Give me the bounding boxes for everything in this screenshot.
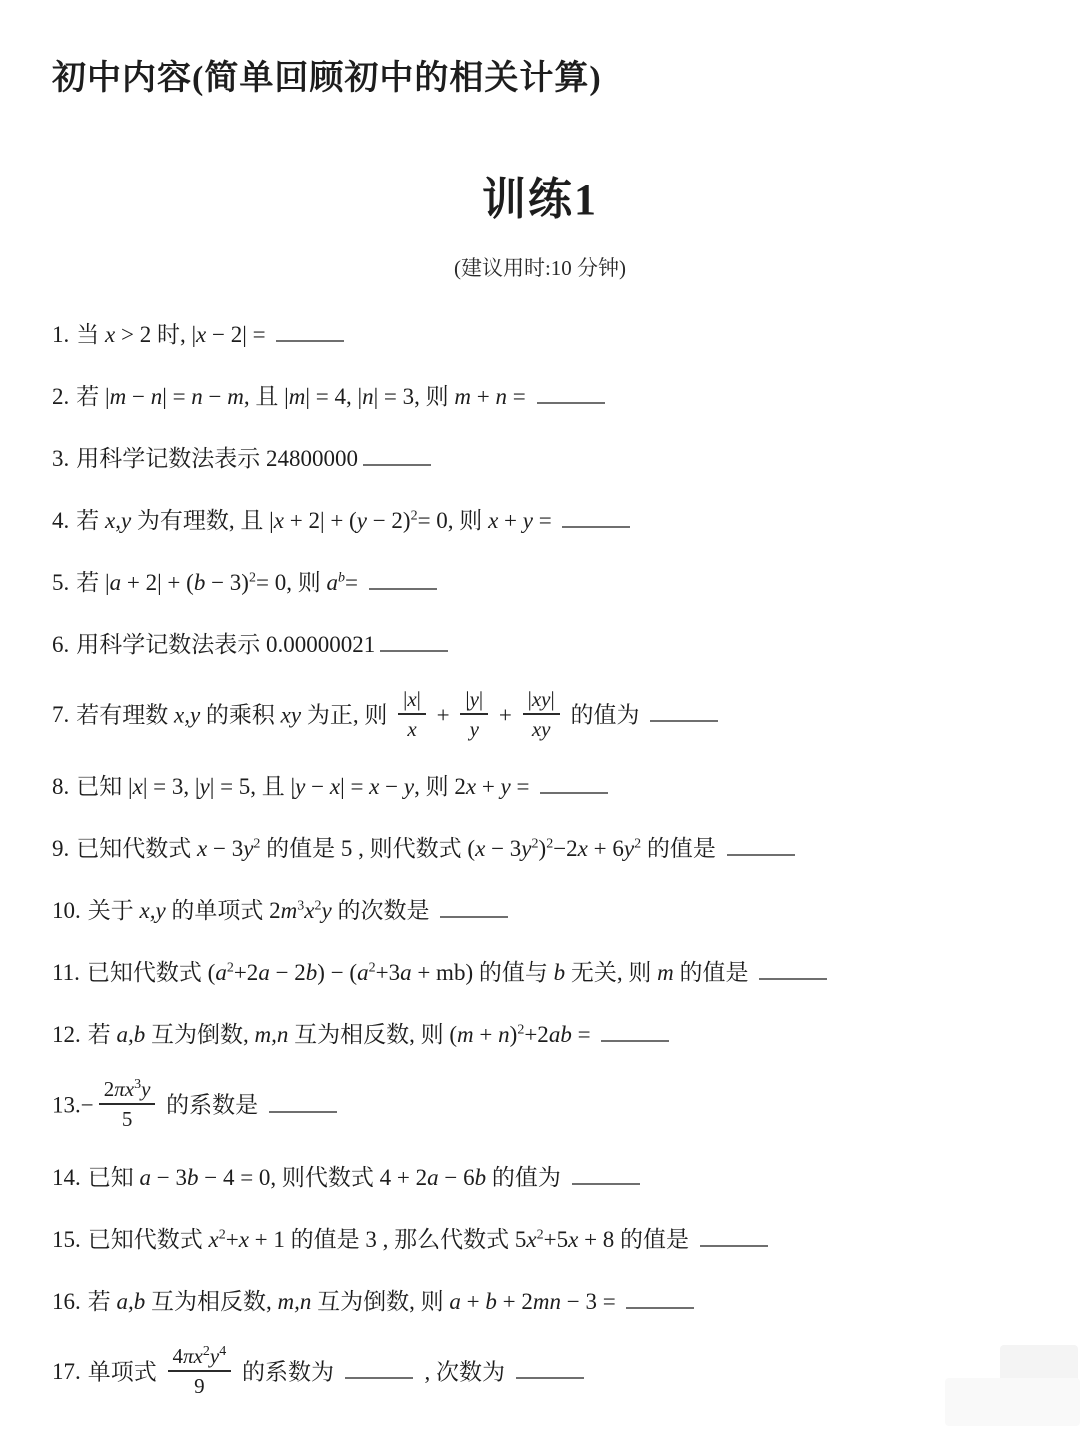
fraction-numerator: |x| [398, 687, 426, 715]
answer-blank [626, 1292, 694, 1309]
answer-blank [537, 387, 605, 404]
math-text: − [126, 384, 150, 409]
math-text: + [474, 1022, 498, 1047]
math-var: x [568, 1227, 578, 1252]
math-text: − [81, 1093, 94, 1118]
question-row: 15.已知代数式 x2+x + 1 的值是 3 , 那么代数式 5x2+5x +… [52, 1223, 1070, 1256]
math-text: − 2 [270, 960, 306, 985]
math-text: 若 [88, 1022, 117, 1047]
math-text: 当 [76, 322, 105, 347]
math-text: +3 [376, 960, 400, 985]
math-var: x [274, 508, 284, 533]
question-number: 8. [52, 774, 69, 799]
fraction-denominator: x [407, 715, 416, 741]
fraction-numerator: |xy| [523, 687, 560, 715]
fraction-denominator: 9 [194, 1372, 205, 1398]
question-number: 10. [52, 898, 81, 923]
question-row: 11.已知代数式 (a2+2a − 2b) − (a2+3a + mb) 的值与… [52, 956, 1070, 989]
math-text: − 3 = [561, 1289, 621, 1314]
math-text: 若 | [76, 570, 109, 595]
math-var: y [295, 774, 305, 799]
superscript: 2 [315, 899, 322, 914]
math-text: 用科学记数法表示 24800000 [76, 446, 358, 471]
question-row: 9.已知代数式 x − 3y2 的值是 5 , 则代数式 (x − 3y2)2−… [52, 832, 1070, 865]
math-var: y [523, 508, 533, 533]
math-text: | [417, 687, 421, 711]
math-var: m [227, 384, 244, 409]
fraction-denominator: 5 [122, 1105, 133, 1131]
question-row: 13.−2πx3y5 的系数是 [52, 1080, 1070, 1134]
math-text: > 2 时, | [115, 322, 196, 347]
time-suggestion: (建议用时:10 分钟) [0, 252, 1080, 282]
math-var: x [239, 1227, 249, 1252]
math-text: 的乘积 [200, 702, 281, 727]
fraction: 2πx3y5 [99, 1077, 156, 1131]
math-text: + 6 [588, 836, 624, 861]
math-text: 已知代数式 [88, 1227, 209, 1252]
math-text: − [379, 774, 403, 799]
math-var: y [141, 1077, 150, 1101]
math-text: − [305, 774, 329, 799]
math-var: a [326, 570, 338, 595]
math-text: , 次数为 [419, 1359, 511, 1384]
math-text: = [511, 774, 535, 799]
question-number: 1. [52, 322, 69, 347]
superscript: 2 [537, 1227, 544, 1242]
math-var: a [357, 960, 369, 985]
math-var: x [578, 836, 588, 861]
math-var: y [210, 1344, 219, 1368]
math-text: 的值为 [486, 1165, 567, 1190]
math-text: 单项式 [88, 1359, 163, 1384]
math-text: + [226, 1227, 239, 1252]
math-var: x [369, 774, 379, 799]
math-text: 已知代数式 [76, 836, 197, 861]
math-text: | = 3, 则 [374, 384, 455, 409]
math-text: − 4 = 0, 则代数式 4 + 2 [198, 1165, 427, 1190]
math-text: + [493, 702, 517, 727]
math-var: x [526, 1227, 536, 1252]
question-number: 17. [52, 1359, 81, 1384]
math-var: ab [549, 1022, 572, 1047]
math-var: xy [532, 687, 551, 711]
question-row: 4.若 x,y 为有理数, 且 |x + 2| + (y − 2)2= 0, 则… [52, 504, 1070, 537]
superscript: 2 [532, 837, 539, 852]
math-text: 4 [173, 1344, 184, 1368]
math-var: x [196, 322, 206, 347]
superscript: 2 [369, 961, 376, 976]
fraction-numerator: 2πx3y [99, 1077, 156, 1105]
math-text: 9 [194, 1374, 205, 1398]
math-text: 的系数是 [160, 1093, 264, 1118]
answer-blank [759, 963, 827, 980]
math-text: 为有理数, 且 | [131, 508, 274, 533]
math-text: 已知代数式 ( [87, 960, 215, 985]
math-var: x [209, 1227, 219, 1252]
math-var: x [133, 774, 143, 799]
question-number: 16. [52, 1289, 81, 1314]
math-var: y [624, 836, 634, 861]
math-var: mn [533, 1289, 561, 1314]
answer-blank [345, 1362, 413, 1379]
fraction: 4πx2y49 [168, 1344, 232, 1398]
math-text: 若有理数 [76, 702, 174, 727]
math-var: a [140, 1165, 152, 1190]
math-text: 互为倒数, [145, 1022, 254, 1047]
math-var: b [187, 1165, 199, 1190]
math-var: x [105, 322, 115, 347]
math-text: | = 3, | [143, 774, 200, 799]
math-var: n [151, 384, 163, 409]
answer-blank [601, 1025, 669, 1042]
math-text: 的值是 [641, 836, 722, 861]
math-text: 的单项式 2 [166, 898, 281, 923]
math-text: 的值为 [565, 702, 646, 727]
answer-blank [516, 1362, 584, 1379]
fraction: |x|x [398, 687, 426, 741]
superscript: 2 [249, 570, 256, 585]
math-var: x,y [140, 898, 166, 923]
math-text: + [498, 508, 522, 533]
math-text: + mb) 的值与 [412, 960, 554, 985]
question-number: 6. [52, 632, 69, 657]
math-var: a [258, 960, 270, 985]
math-text: 的系数为 [236, 1359, 340, 1384]
math-text: = 0, 则 [418, 508, 488, 533]
math-var: y [322, 898, 332, 923]
math-var: x,y [105, 508, 131, 533]
fraction-numerator: |y| [460, 687, 488, 715]
superscript: 2 [203, 1344, 210, 1359]
math-text: 互为相反数, 则 ( [288, 1022, 457, 1047]
math-text: 若 [88, 1289, 117, 1314]
math-var: n [191, 384, 203, 409]
math-var: b [485, 1289, 497, 1314]
math-var: x [407, 717, 416, 741]
question-row: 10.关于 x,y 的单项式 2m3x2y 的次数是 [52, 894, 1070, 927]
question-row: 14.已知 a − 3b − 4 = 0, 则代数式 4 + 2a − 6b 的… [52, 1161, 1070, 1194]
question-row: 7.若有理数 x,y 的乘积 xy 为正, 则 |x|x + |y|y + |x… [52, 690, 1070, 744]
math-text: = [345, 570, 364, 595]
math-var: π [183, 1344, 194, 1368]
answer-blank [369, 573, 437, 590]
fraction-numerator: 4πx2y4 [168, 1344, 232, 1372]
math-text: 已知 [88, 1165, 140, 1190]
math-var: y [501, 774, 511, 799]
math-var: x [330, 774, 340, 799]
question-list: 1.当 x > 2 时, |x − 2| = 2.若 |m − n| = n −… [52, 318, 1070, 1427]
math-var: b [475, 1165, 487, 1190]
answer-blank [562, 511, 630, 528]
answer-blank [540, 777, 608, 794]
section-title: 训练1 [0, 163, 1080, 227]
fraction-denominator: xy [532, 715, 551, 741]
question-row: 12.若 a,b 互为倒数, m,n 互为相反数, 则 (m + n)2+2ab… [52, 1018, 1070, 1051]
superscript: 2 [411, 508, 418, 523]
math-text: − 3 [485, 836, 521, 861]
math-var: m [657, 960, 674, 985]
math-var: m,n [278, 1289, 312, 1314]
math-text: − 2) [367, 508, 411, 533]
math-var: a [215, 960, 227, 985]
math-var: m [454, 384, 471, 409]
math-text: 若 [76, 508, 105, 533]
math-var: a,b [117, 1022, 146, 1047]
question-row: 5.若 |a + 2| + (b − 3)2= 0, 则 ab= [52, 566, 1070, 599]
math-var: π [114, 1077, 125, 1101]
math-text: + [431, 702, 455, 727]
fraction: |y|y [460, 687, 488, 741]
math-var: m [457, 1022, 474, 1047]
question-number: 13. [52, 1093, 81, 1118]
math-text: | [479, 687, 483, 711]
math-var: y [470, 687, 479, 711]
math-var: m [289, 384, 306, 409]
math-text: − 2| = [206, 322, 271, 347]
math-text: 互为相反数, [145, 1289, 277, 1314]
question-number: 15. [52, 1227, 81, 1252]
math-text: + 2 [497, 1289, 533, 1314]
answer-blank [363, 449, 431, 466]
math-text: = [533, 508, 557, 533]
math-text: − 6 [439, 1165, 475, 1190]
math-var: x [197, 836, 207, 861]
math-text: 2 [104, 1077, 115, 1101]
math-var: n [498, 1022, 510, 1047]
question-number: 12. [52, 1022, 81, 1047]
question-number: 11. [52, 960, 80, 985]
math-text: +2 [524, 1022, 548, 1047]
math-text: 若 | [76, 384, 109, 409]
question-row: 2.若 |m − n| = n − m, 且 |m| = 4, |n| = 3,… [52, 380, 1070, 413]
answer-blank [269, 1096, 337, 1113]
superscript: 2 [227, 961, 234, 976]
math-var: m [110, 384, 127, 409]
math-text: +2 [234, 960, 258, 985]
answer-blank [572, 1168, 640, 1185]
question-number: 9. [52, 836, 69, 861]
math-var: a [110, 570, 122, 595]
page-heading: 初中内容(简单回顾初中的相关计算) [52, 50, 602, 99]
math-text: 5 [122, 1107, 133, 1131]
math-text: 用科学记数法表示 0.00000021 [76, 632, 375, 657]
math-text: + 8 的值是 [578, 1227, 694, 1252]
math-text: − [203, 384, 227, 409]
question-number: 14. [52, 1165, 81, 1190]
math-var: x [194, 1344, 203, 1368]
math-text: + 2| + ( [284, 508, 357, 533]
math-var: a [449, 1289, 461, 1314]
question-number: 4. [52, 508, 69, 533]
math-var: y [470, 717, 479, 741]
math-var: y [200, 774, 210, 799]
math-text: , 且 | [244, 384, 289, 409]
math-text: 的值是 5 , 则代数式 ( [260, 836, 475, 861]
math-var: a [427, 1165, 439, 1190]
math-var: y [357, 508, 367, 533]
math-var: y [404, 774, 414, 799]
math-text: − 3) [205, 570, 249, 595]
math-text: 互为倒数, 则 [311, 1289, 449, 1314]
math-var: m [281, 898, 298, 923]
math-text: + [461, 1289, 485, 1314]
math-text: +5 [544, 1227, 568, 1252]
question-number: 3. [52, 446, 69, 471]
math-text: 为正, 则 [301, 702, 393, 727]
math-var: b [554, 960, 566, 985]
math-text: = 0, 则 [256, 570, 326, 595]
math-var: y [243, 836, 253, 861]
fraction: |xy|xy [523, 687, 560, 741]
answer-blank [276, 325, 344, 342]
math-var: x [304, 898, 314, 923]
math-text: | = 5, 且 | [210, 774, 295, 799]
question-number: 2. [52, 384, 69, 409]
math-var: b [306, 960, 318, 985]
math-text: 的值是 [674, 960, 755, 985]
question-number: 5. [52, 570, 69, 595]
math-text: | = [340, 774, 369, 799]
math-text: , 则 2 [414, 774, 466, 799]
question-row: 1.当 x > 2 时, |x − 2| = [52, 318, 1070, 351]
question-number: 7. [52, 702, 69, 727]
math-var: x [466, 774, 476, 799]
math-text: | = [162, 384, 191, 409]
math-text: 已知 | [76, 774, 132, 799]
answer-blank [380, 635, 448, 652]
math-text: | = 4, | [305, 384, 362, 409]
math-text: | [550, 687, 554, 711]
fraction-denominator: y [470, 715, 479, 741]
worksheet-page: 初中内容(简单回顾初中的相关计算) 训练1 (建议用时:10 分钟) 1.当 x… [0, 0, 1080, 1440]
question-row: 6.用科学记数法表示 0.00000021 [52, 628, 1070, 661]
answer-blank [700, 1230, 768, 1247]
math-var: y [521, 836, 531, 861]
math-var: a,b [117, 1289, 146, 1314]
math-var: b [194, 570, 206, 595]
math-text: + 1 的值是 3 , 那么代数式 5 [249, 1227, 526, 1252]
math-text: + [476, 774, 500, 799]
math-var: x [125, 1077, 134, 1101]
superscript: 4 [219, 1344, 226, 1359]
math-text: ) − ( [317, 960, 357, 985]
math-var: x [407, 687, 416, 711]
math-var: n [496, 384, 508, 409]
math-text: + [471, 384, 495, 409]
math-text: − 3 [207, 836, 243, 861]
superscript: 2 [219, 1227, 226, 1242]
math-text: −2 [553, 836, 577, 861]
superscript: b [338, 570, 345, 585]
question-row: 16.若 a,b 互为相反数, m,n 互为倒数, 则 a + b + 2mn … [52, 1285, 1070, 1318]
math-text: = [572, 1022, 596, 1047]
question-row: 3.用科学记数法表示 24800000 [52, 442, 1070, 475]
question-row: 17.单项式 4πx2y49 的系数为 , 次数为 [52, 1347, 1070, 1401]
math-var: a [400, 960, 412, 985]
math-var: x [488, 508, 498, 533]
math-var: xy [532, 717, 551, 741]
answer-blank [727, 839, 795, 856]
question-row: 8.已知 |x| = 3, |y| = 5, 且 |y − x| = x − y… [52, 770, 1070, 803]
math-text: = [507, 384, 531, 409]
math-var: n [362, 384, 374, 409]
math-var: x [475, 836, 485, 861]
math-text: 的次数是 [332, 898, 436, 923]
watermark-smudge [945, 1378, 1080, 1426]
math-var: m,n [255, 1022, 289, 1047]
answer-blank [440, 901, 508, 918]
math-var: x,y [174, 702, 200, 727]
math-var: xy [281, 702, 301, 727]
math-text: − 3 [151, 1165, 187, 1190]
math-text: + 2| + ( [121, 570, 194, 595]
answer-blank [650, 705, 718, 722]
math-text: 无关, 则 [565, 960, 657, 985]
math-text: 关于 [88, 898, 140, 923]
